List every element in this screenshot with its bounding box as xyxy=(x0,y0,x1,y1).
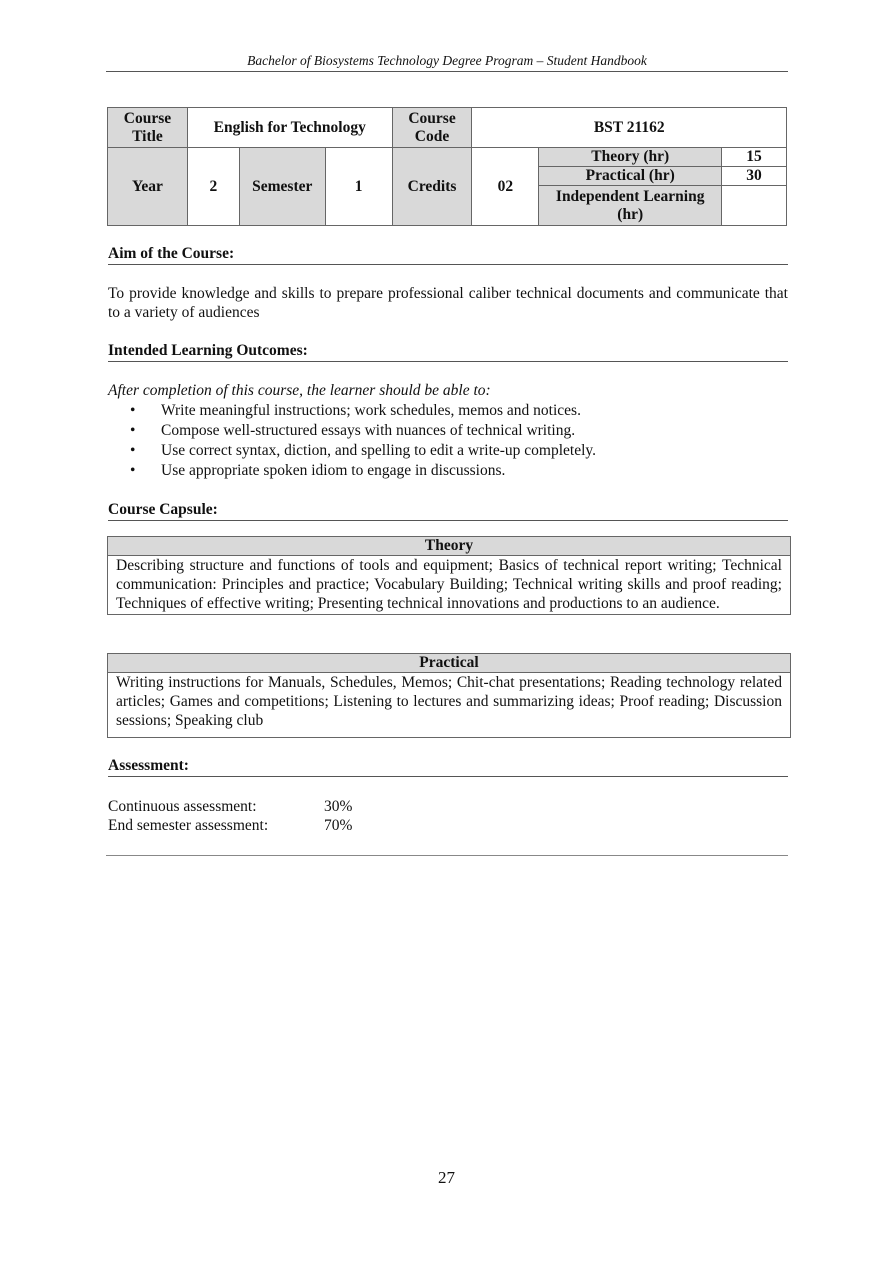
ilo-title: Intended Learning Outcomes: xyxy=(108,342,788,362)
list-item: •Use appropriate spoken idiom to engage … xyxy=(108,461,788,481)
bullet-icon: • xyxy=(130,401,135,421)
assessment-title: Assessment: xyxy=(108,757,788,777)
practical-heading: Practical xyxy=(108,654,790,673)
theory-box: Theory Describing structure and function… xyxy=(107,536,791,615)
course-code-value: BST 21162 xyxy=(472,108,787,148)
assessment-list: Continuous assessment: 30% End semester … xyxy=(108,797,788,835)
capsule-section: Course Capsule: xyxy=(108,501,788,521)
ilo-list: •Write meaningful instructions; work sch… xyxy=(108,401,788,481)
list-item: •Use correct syntax, diction, and spelli… xyxy=(108,441,788,461)
theory-text: Describing structure and functions of to… xyxy=(108,556,790,614)
practical-hours-label: Practical (hr) xyxy=(539,167,722,186)
theory-hours-label: Theory (hr) xyxy=(539,148,722,167)
credits-label: Credits xyxy=(392,148,472,226)
course-title-label: Course Title xyxy=(108,108,188,148)
independent-learning-value xyxy=(722,186,787,226)
ilo-section: Intended Learning Outcomes: After comple… xyxy=(108,342,788,481)
practical-hours-value: 30 xyxy=(722,167,787,186)
assessment-row: End semester assessment: 70% xyxy=(108,816,788,835)
year-value: 2 xyxy=(187,148,239,226)
ilo-intro: After completion of this course, the lea… xyxy=(108,381,788,401)
capsule-title: Course Capsule: xyxy=(108,501,788,521)
list-item: •Write meaningful instructions; work sch… xyxy=(108,401,788,421)
independent-learning-label: Independent Learning (hr) xyxy=(539,186,722,226)
bullet-icon: • xyxy=(130,421,135,441)
theory-hours-value: 15 xyxy=(722,148,787,167)
practical-box: Practical Writing instructions for Manua… xyxy=(107,653,791,738)
theory-heading: Theory xyxy=(108,537,790,556)
practical-text: Writing instructions for Manuals, Schedu… xyxy=(108,673,790,737)
section-divider xyxy=(106,855,788,856)
course-info-table: Course Title English for Technology Cour… xyxy=(107,107,787,226)
semester-label: Semester xyxy=(239,148,325,226)
assessment-row: Continuous assessment: 30% xyxy=(108,797,788,816)
course-code-label: Course Code xyxy=(392,108,472,148)
assessment-section: Assessment: Continuous assessment: 30% E… xyxy=(108,757,788,835)
aim-title: Aim of the Course: xyxy=(108,245,788,265)
semester-value: 1 xyxy=(325,148,392,226)
page-number: 27 xyxy=(0,1168,893,1188)
course-title-value: English for Technology xyxy=(187,108,392,148)
aim-text: To provide knowledge and skills to prepa… xyxy=(108,284,788,322)
list-item: •Compose well-structured essays with nua… xyxy=(108,421,788,441)
bullet-icon: • xyxy=(130,461,135,481)
aim-section: Aim of the Course: To provide knowledge … xyxy=(108,245,788,322)
running-header: Bachelor of Biosystems Technology Degree… xyxy=(106,53,788,72)
bullet-icon: • xyxy=(130,441,135,461)
year-label: Year xyxy=(108,148,188,226)
credits-value: 02 xyxy=(472,148,539,226)
